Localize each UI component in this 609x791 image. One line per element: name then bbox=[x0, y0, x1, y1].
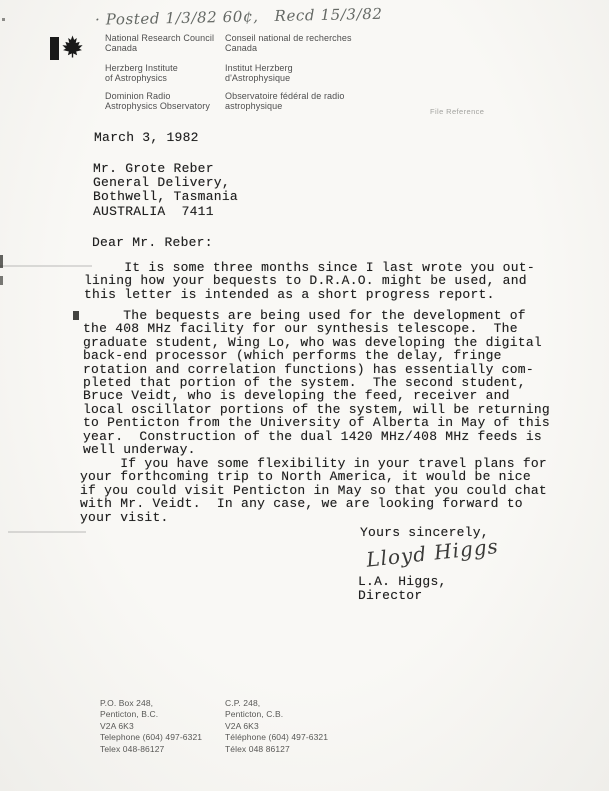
canada-flag-bar bbox=[50, 37, 59, 60]
letterhead-observatory-fr: Observatoire fédéral de radio astrophysi… bbox=[225, 91, 385, 111]
scan-streak bbox=[8, 531, 86, 533]
body-paragraph-2: The bequests are being used for the deve… bbox=[83, 309, 550, 456]
recipient-name: Mr. Grote Reber bbox=[93, 161, 214, 176]
body-paragraph-1: It is some three months since I last wro… bbox=[84, 261, 535, 301]
recipient-address: Mr. Grote Reber General Delivery, Bothwe… bbox=[93, 162, 238, 219]
letterhead-nrc-en: National Research Council Canada bbox=[105, 33, 220, 53]
letterhead-institute-en: Herzberg Institute of Astrophysics bbox=[105, 63, 220, 83]
letterhead-institute-fr: Institut Herzberg d'Astrophysique bbox=[225, 63, 385, 83]
body-paragraph-3: If you have some flexibility in your tra… bbox=[80, 457, 547, 524]
file-reference-label: File Reference bbox=[430, 107, 484, 116]
letterhead-nrc-fr: Conseil national de recherches Canada bbox=[225, 33, 385, 53]
letterhead-observatory-en: Dominion Radio Astrophysics Observatory bbox=[105, 91, 220, 111]
scan-speck bbox=[0, 276, 3, 285]
scan-speck bbox=[73, 311, 79, 320]
signer-name-title: L.A. Higgs, Director bbox=[358, 575, 447, 603]
recipient-city: Bothwell, Tasmania bbox=[93, 189, 238, 204]
scan-speck bbox=[2, 18, 5, 21]
recipient-country: AUSTRALIA 7411 bbox=[93, 204, 214, 219]
handwritten-postal-note: · Posted 1/3/82 60¢, Recd 15/3/82 bbox=[95, 3, 455, 29]
scan-speck bbox=[0, 255, 3, 268]
letter-date: March 3, 1982 bbox=[94, 131, 199, 144]
footer-address-en: P.O. Box 248, Penticton, B.C. V2A 6K3 Te… bbox=[100, 698, 202, 755]
footer-address-fr: C.P. 248, Penticton, C.B. V2A 6K3 Téléph… bbox=[225, 698, 328, 755]
scanned-letter-page: · Posted 1/3/82 60¢, Recd 15/3/82 Nation… bbox=[0, 0, 609, 791]
scan-streak bbox=[0, 265, 92, 267]
recipient-delivery: General Delivery, bbox=[93, 175, 230, 190]
salutation: Dear Mr. Reber: bbox=[92, 236, 213, 249]
maple-leaf-icon bbox=[61, 33, 84, 60]
